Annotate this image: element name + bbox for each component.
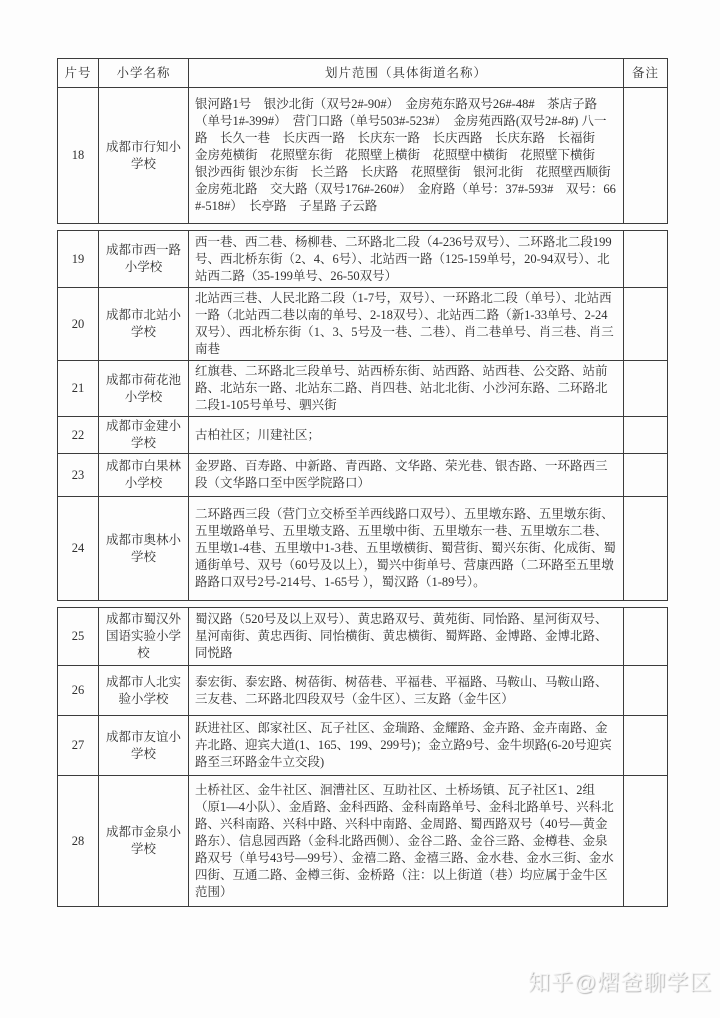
range-cell: 西一巷、西二巷、杨柳巷、二环路北二段（4-236号双号）、二环路北二段199号、… xyxy=(189,231,624,288)
table-row: 26 成都市人北实验小学校 泰宏街、泰宏路、树蓓街、树蓓巷、平福巷、平福路、马鞍… xyxy=(58,666,668,716)
table-row: 28 成都市金泉小学校 土桥社区、金牛社区、洄漕社区、互助社区、土桥场镇、瓦子社… xyxy=(58,776,668,907)
row-number-cell: 19 xyxy=(58,231,99,288)
document-page: { "document": { "watermark": "知乎@熠爸聊学区",… xyxy=(0,0,720,1018)
remark-cell xyxy=(624,608,668,666)
remark-cell xyxy=(624,288,668,361)
row-number-cell: 28 xyxy=(58,776,99,907)
school-name-cell: 成都市人北实验小学校 xyxy=(99,666,189,716)
school-name-cell: 成都市金建小学校 xyxy=(99,417,189,454)
range-cell: 跃进社区、郎家社区、瓦子社区、金瑞路、金耀路、金卉路、金卉南路、金卉北路、迎宾大… xyxy=(189,716,624,776)
range-cell: 红旗巷、二环路北三段单号、站西桥东街、站西路、站西巷、公交路、站前路、北站东一路… xyxy=(189,361,624,417)
district-table-segment-1: 片号 小学名称 划片范围（具体街道名称） 备注 18 成都市行知小学校 银河路1… xyxy=(57,58,668,224)
row-number-cell: 27 xyxy=(58,716,99,776)
school-name-cell: 成都市蜀汉外国语实验小学校 xyxy=(99,608,189,666)
range-cell: 古柏社区；川建社区； xyxy=(189,417,624,454)
district-table-segment-2: 19 成都市西一路小学校 西一巷、西二巷、杨柳巷、二环路北二段（4-236号双号… xyxy=(57,230,668,601)
remark-cell xyxy=(624,497,668,601)
school-name-cell: 成都市友谊小学校 xyxy=(99,716,189,776)
row-number-cell: 23 xyxy=(58,454,99,497)
range-cell: 土桥社区、金牛社区、洄漕社区、互助社区、土桥场镇、瓦子社区1、2组（原1—4小队… xyxy=(189,776,624,907)
row-number-cell: 21 xyxy=(58,361,99,417)
remark-cell xyxy=(624,231,668,288)
remark-cell xyxy=(624,716,668,776)
table-row: 20 成都市北站小学校 北站西三巷、人民北路二段（1-7号，双号）、一环路北二段… xyxy=(58,288,668,361)
row-number-cell: 18 xyxy=(58,88,99,224)
table-row: 24 成都市奥林小学校 二环路西三段（营门立交桥至羊西线路口双号）、五里墩东路、… xyxy=(58,497,668,601)
table-row: 21 成都市荷花池小学校 红旗巷、二环路北三段单号、站西桥东街、站西路、站西巷、… xyxy=(58,361,668,417)
range-cell: 泰宏街、泰宏路、树蓓街、树蓓巷、平福巷、平福路、马鞍山、马鞍山路、三友巷、二环路… xyxy=(189,666,624,716)
remark-cell xyxy=(624,361,668,417)
remark-cell xyxy=(624,88,668,224)
range-cell: 蜀汉路（520号及以上双号）、黄忠路双号、黄苑街、同怡路、星河街双号、星河南街、… xyxy=(189,608,624,666)
school-district-document: 片号 小学名称 划片范围（具体街道名称） 备注 18 成都市行知小学校 银河路1… xyxy=(57,58,667,913)
school-name-cell: 成都市北站小学校 xyxy=(99,288,189,361)
range-cell: 北站西三巷、人民北路二段（1-7号，双号）、一环路北二段（单号）、北站西一路（北… xyxy=(189,288,624,361)
school-name-cell: 成都市荷花池小学校 xyxy=(99,361,189,417)
range-cell: 二环路西三段（营门立交桥至羊西线路口双号）、五里墩东路、五里墩东街、五里墩路单号… xyxy=(189,497,624,601)
table-row: 22 成都市金建小学校 古柏社区；川建社区； xyxy=(58,417,668,454)
row-number-cell: 26 xyxy=(58,666,99,716)
school-name-cell: 成都市奥林小学校 xyxy=(99,497,189,601)
remark-cell xyxy=(624,776,668,907)
row-number-cell: 24 xyxy=(58,497,99,601)
school-name-cell: 成都市行知小学校 xyxy=(99,88,189,224)
district-table-segment-3: 25 成都市蜀汉外国语实验小学校 蜀汉路（520号及以上双号）、黄忠路双号、黄苑… xyxy=(57,607,668,907)
remark-cell xyxy=(624,417,668,454)
header-piece-number: 片号 xyxy=(58,59,99,88)
range-cell: 银河路1号 银沙北街（双号2#-90#） 金房苑东路双号26#-48# 茶店子路… xyxy=(189,88,624,224)
table-header-row: 片号 小学名称 划片范围（具体街道名称） 备注 xyxy=(58,59,668,88)
school-name-cell: 成都市西一路小学校 xyxy=(99,231,189,288)
remark-cell xyxy=(624,454,668,497)
row-number-cell: 25 xyxy=(58,608,99,666)
school-name-cell: 成都市金泉小学校 xyxy=(99,776,189,907)
header-remark: 备注 xyxy=(624,59,668,88)
row-number-cell: 22 xyxy=(58,417,99,454)
table-row: 19 成都市西一路小学校 西一巷、西二巷、杨柳巷、二环路北二段（4-236号双号… xyxy=(58,231,668,288)
zhihu-watermark: 知乎@熠爸聊学区 xyxy=(528,966,712,997)
table-row: 25 成都市蜀汉外国语实验小学校 蜀汉路（520号及以上双号）、黄忠路双号、黄苑… xyxy=(58,608,668,666)
header-school-name: 小学名称 xyxy=(99,59,189,88)
header-range: 划片范围（具体街道名称） xyxy=(189,59,624,88)
table-row: 27 成都市友谊小学校 跃进社区、郎家社区、瓦子社区、金瑞路、金耀路、金卉路、金… xyxy=(58,716,668,776)
school-name-cell: 成都市白果林小学校 xyxy=(99,454,189,497)
remark-cell xyxy=(624,666,668,716)
row-number-cell: 20 xyxy=(58,288,99,361)
table-row: 18 成都市行知小学校 银河路1号 银沙北街（双号2#-90#） 金房苑东路双号… xyxy=(58,88,668,224)
table-row: 23 成都市白果林小学校 金罗路、百寿路、中新路、青西路、文华路、荣光巷、银杏路… xyxy=(58,454,668,497)
range-cell: 金罗路、百寿路、中新路、青西路、文华路、荣光巷、银杏路、一环路西三段（文华路口至… xyxy=(189,454,624,497)
